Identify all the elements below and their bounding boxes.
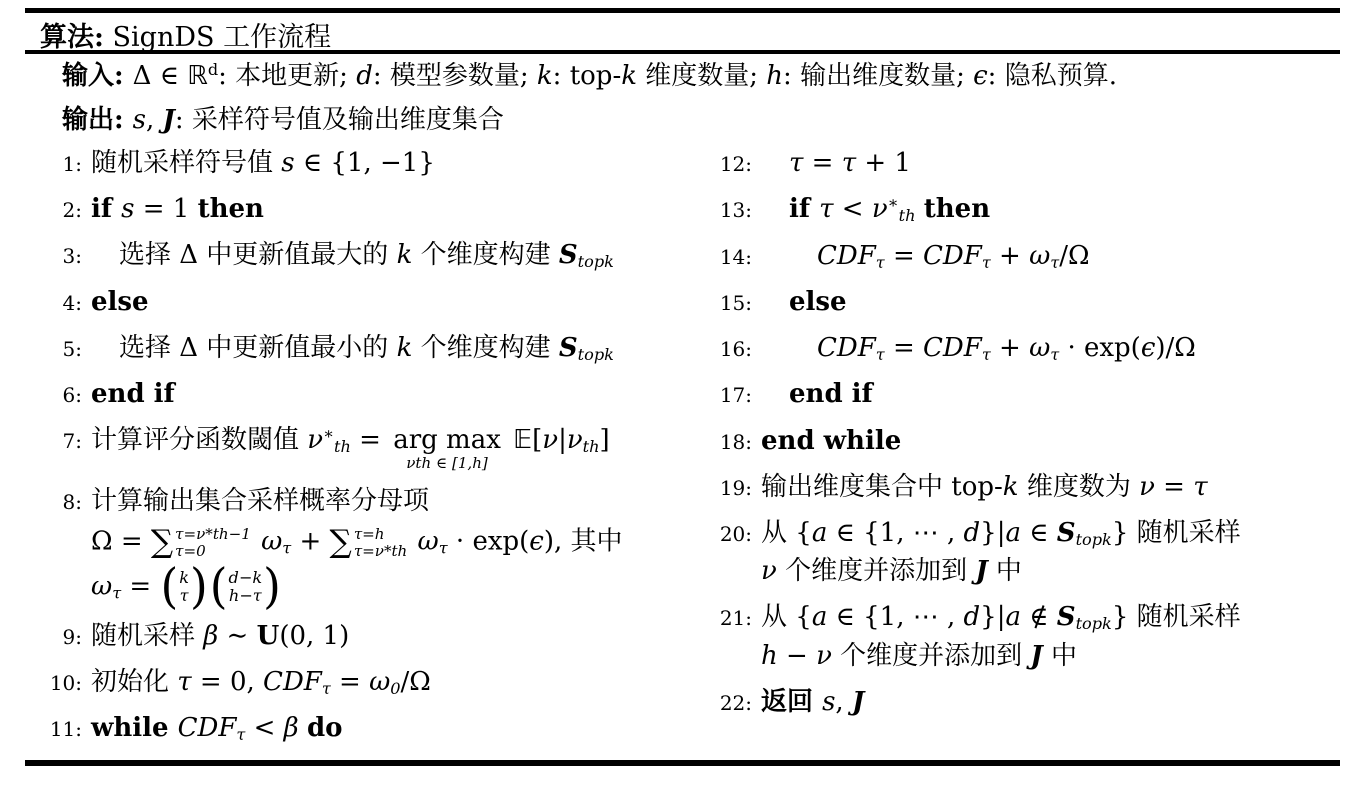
line-number: 17: bbox=[710, 383, 761, 407]
algorithm-line-4: 4:else bbox=[40, 286, 698, 319]
line-number: 2: bbox=[40, 198, 91, 222]
line-content: τ = τ + 1 bbox=[761, 147, 1350, 180]
io-block: 输入: Δ ∈ ℝd: 本地更新; d: 模型参数量; k: top-k 维度数… bbox=[62, 60, 1347, 149]
algorithm-line-5: 5:选择 Δ 中更新值最小的 k 个维度构建 Stopk bbox=[40, 332, 698, 365]
line-content: CDFτ = CDFτ + ωτ/Ω bbox=[761, 240, 1350, 273]
output-label: 输出: bbox=[62, 105, 133, 135]
argmax-operator: arg maxνth ∈ [1,h] bbox=[389, 427, 505, 472]
algorithm-line-21: 21:从 {a ∈ {1, ⋯ , d}|a ∉ Stopk} 随机采样h − … bbox=[710, 601, 1350, 673]
algorithm-line-15: 15:else bbox=[710, 286, 1350, 319]
line-content: else bbox=[91, 286, 698, 319]
binomial-coefficient: (d−kh−τ) bbox=[210, 568, 281, 607]
line-number: 21: bbox=[710, 606, 761, 630]
line-content: 返回 s, J bbox=[761, 686, 1350, 719]
algorithm-line-16: 16:CDFτ = CDFτ + ωτ · exp(ϵ)/Ω bbox=[710, 332, 1350, 365]
line-content: if τ < ν∗th then bbox=[761, 193, 1350, 226]
line-number: 11: bbox=[40, 717, 91, 741]
algorithm-line-6: 6:end if bbox=[40, 378, 698, 411]
line-number: 15: bbox=[710, 291, 761, 315]
algorithm-line-9: 9:随机采样 β ∼ U(0, 1) bbox=[40, 620, 698, 653]
input-label: 输入: bbox=[62, 61, 133, 91]
bottom-rule bbox=[25, 760, 1340, 766]
line-content: 输出维度集合中 top-k 维度数为 ν = τ bbox=[761, 471, 1350, 504]
line-number: 18: bbox=[710, 430, 761, 454]
top-rule bbox=[25, 8, 1340, 13]
line-content: 随机采样符号值 s ∈ {1, −1} bbox=[91, 147, 698, 180]
line-content: 初始化 τ = 0, CDFτ = ω0/Ω bbox=[91, 666, 698, 699]
algorithm-title: SignDS 工作流程 bbox=[104, 22, 331, 53]
algorithm-line-7: 7:计算评分函数閾值 ν∗th = arg maxνth ∈ [1,h] 𝔼[ν… bbox=[40, 424, 698, 472]
algorithm-line-3: 3:选择 Δ 中更新值最大的 k 个维度构建 Stopk bbox=[40, 239, 698, 272]
line-content: 计算输出集合采样概率分母项Ω = ∑τ=ν*th−1τ=0 ωτ + ∑τ=hτ… bbox=[91, 485, 698, 606]
line-number: 22: bbox=[710, 691, 761, 715]
algorithm-body: 1:随机采样符号值 s ∈ {1, −1}2:if s = 1 then3:选择… bbox=[40, 147, 1350, 759]
line-number: 13: bbox=[710, 198, 761, 222]
line-number: 10: bbox=[40, 671, 91, 695]
line-content: end while bbox=[761, 425, 1350, 458]
line-content: end if bbox=[761, 378, 1350, 411]
line-number: 7: bbox=[40, 429, 91, 453]
algorithm-label: 算法: bbox=[40, 22, 104, 53]
line-content: if s = 1 then bbox=[91, 193, 698, 226]
algorithm-line-22: 22:返回 s, J bbox=[710, 686, 1350, 719]
algorithm-line-19: 19:输出维度集合中 top-k 维度数为 ν = τ bbox=[710, 471, 1350, 504]
output-description: s, J: 采样符号值及输出维度集合 bbox=[133, 105, 504, 135]
input-line: 输入: Δ ∈ ℝd: 本地更新; d: 模型参数量; k: top-k 维度数… bbox=[62, 60, 1347, 93]
line-content: CDFτ = CDFτ + ωτ · exp(ϵ)/Ω bbox=[761, 332, 1350, 365]
algorithm-line-20: 20:从 {a ∈ {1, ⋯ , d}|a ∈ Stopk} 随机采样ν 个维… bbox=[710, 517, 1350, 589]
algorithm-figure: 算法: SignDS 工作流程 输入: Δ ∈ ℝd: 本地更新; d: 模型参… bbox=[0, 0, 1363, 789]
line-number: 14: bbox=[710, 245, 761, 269]
sum-limits: τ=hτ=ν*th bbox=[352, 526, 409, 561]
sum-limits: τ=ν*th−1τ=0 bbox=[173, 526, 253, 561]
algorithm-column-left: 1:随机采样符号值 s ∈ {1, −1}2:if s = 1 then3:选择… bbox=[40, 147, 698, 759]
line-number: 19: bbox=[710, 476, 761, 500]
line-number: 8: bbox=[40, 490, 91, 514]
line-content: 随机采样 β ∼ U(0, 1) bbox=[91, 620, 698, 653]
line-number: 6: bbox=[40, 383, 91, 407]
line-content: 计算评分函数閾值 ν∗th = arg maxνth ∈ [1,h] 𝔼[ν|ν… bbox=[91, 424, 698, 472]
algorithm-line-14: 14:CDFτ = CDFτ + ωτ/Ω bbox=[710, 240, 1350, 273]
algorithm-line-13: 13:if τ < ν∗th then bbox=[710, 193, 1350, 226]
algorithm-line-2: 2:if s = 1 then bbox=[40, 193, 698, 226]
line-number: 9: bbox=[40, 625, 91, 649]
algorithm-line-1: 1:随机采样符号值 s ∈ {1, −1} bbox=[40, 147, 698, 180]
line-number: 20: bbox=[710, 522, 761, 546]
line-number: 5: bbox=[40, 337, 91, 361]
algorithm-line-10: 10:初始化 τ = 0, CDFτ = ω0/Ω bbox=[40, 666, 698, 699]
line-number: 12: bbox=[710, 152, 761, 176]
binomial-coefficient: (kτ) bbox=[160, 568, 207, 607]
line-content: 从 {a ∈ {1, ⋯ , d}|a ∈ Stopk} 随机采样ν 个维度并添… bbox=[761, 517, 1350, 589]
line-number: 16: bbox=[710, 337, 761, 361]
algorithm-line-17: 17:end if bbox=[710, 378, 1350, 411]
algorithm-line-8: 8:计算输出集合采样概率分母项Ω = ∑τ=ν*th−1τ=0 ωτ + ∑τ=… bbox=[40, 485, 698, 606]
line-content: 从 {a ∈ {1, ⋯ , d}|a ∉ Stopk} 随机采样h − ν 个… bbox=[761, 601, 1350, 673]
algorithm-line-11: 11:while CDFτ < β do bbox=[40, 712, 698, 745]
algorithm-column-right: 12:τ = τ + 113:if τ < ν∗th then14:CDFτ =… bbox=[698, 147, 1350, 759]
output-line: 输出: s, J: 采样符号值及输出维度集合 bbox=[62, 104, 1347, 137]
line-content: end if bbox=[91, 378, 698, 411]
line-number: 4: bbox=[40, 291, 91, 315]
line-content: 选择 Δ 中更新值最小的 k 个维度构建 Stopk bbox=[91, 332, 698, 365]
algorithm-header: 算法: SignDS 工作流程 bbox=[40, 15, 331, 54]
line-content: while CDFτ < β do bbox=[91, 712, 698, 745]
line-number: 1: bbox=[40, 152, 91, 176]
line-number: 3: bbox=[40, 244, 91, 268]
header-rule bbox=[25, 50, 1340, 54]
line-content: 选择 Δ 中更新值最大的 k 个维度构建 Stopk bbox=[91, 239, 698, 272]
line-content: else bbox=[761, 286, 1350, 319]
input-description: Δ ∈ ℝd: 本地更新; d: 模型参数量; k: top-k 维度数量; h… bbox=[133, 61, 1117, 91]
algorithm-line-18: 18:end while bbox=[710, 425, 1350, 458]
algorithm-line-12: 12:τ = τ + 1 bbox=[710, 147, 1350, 180]
